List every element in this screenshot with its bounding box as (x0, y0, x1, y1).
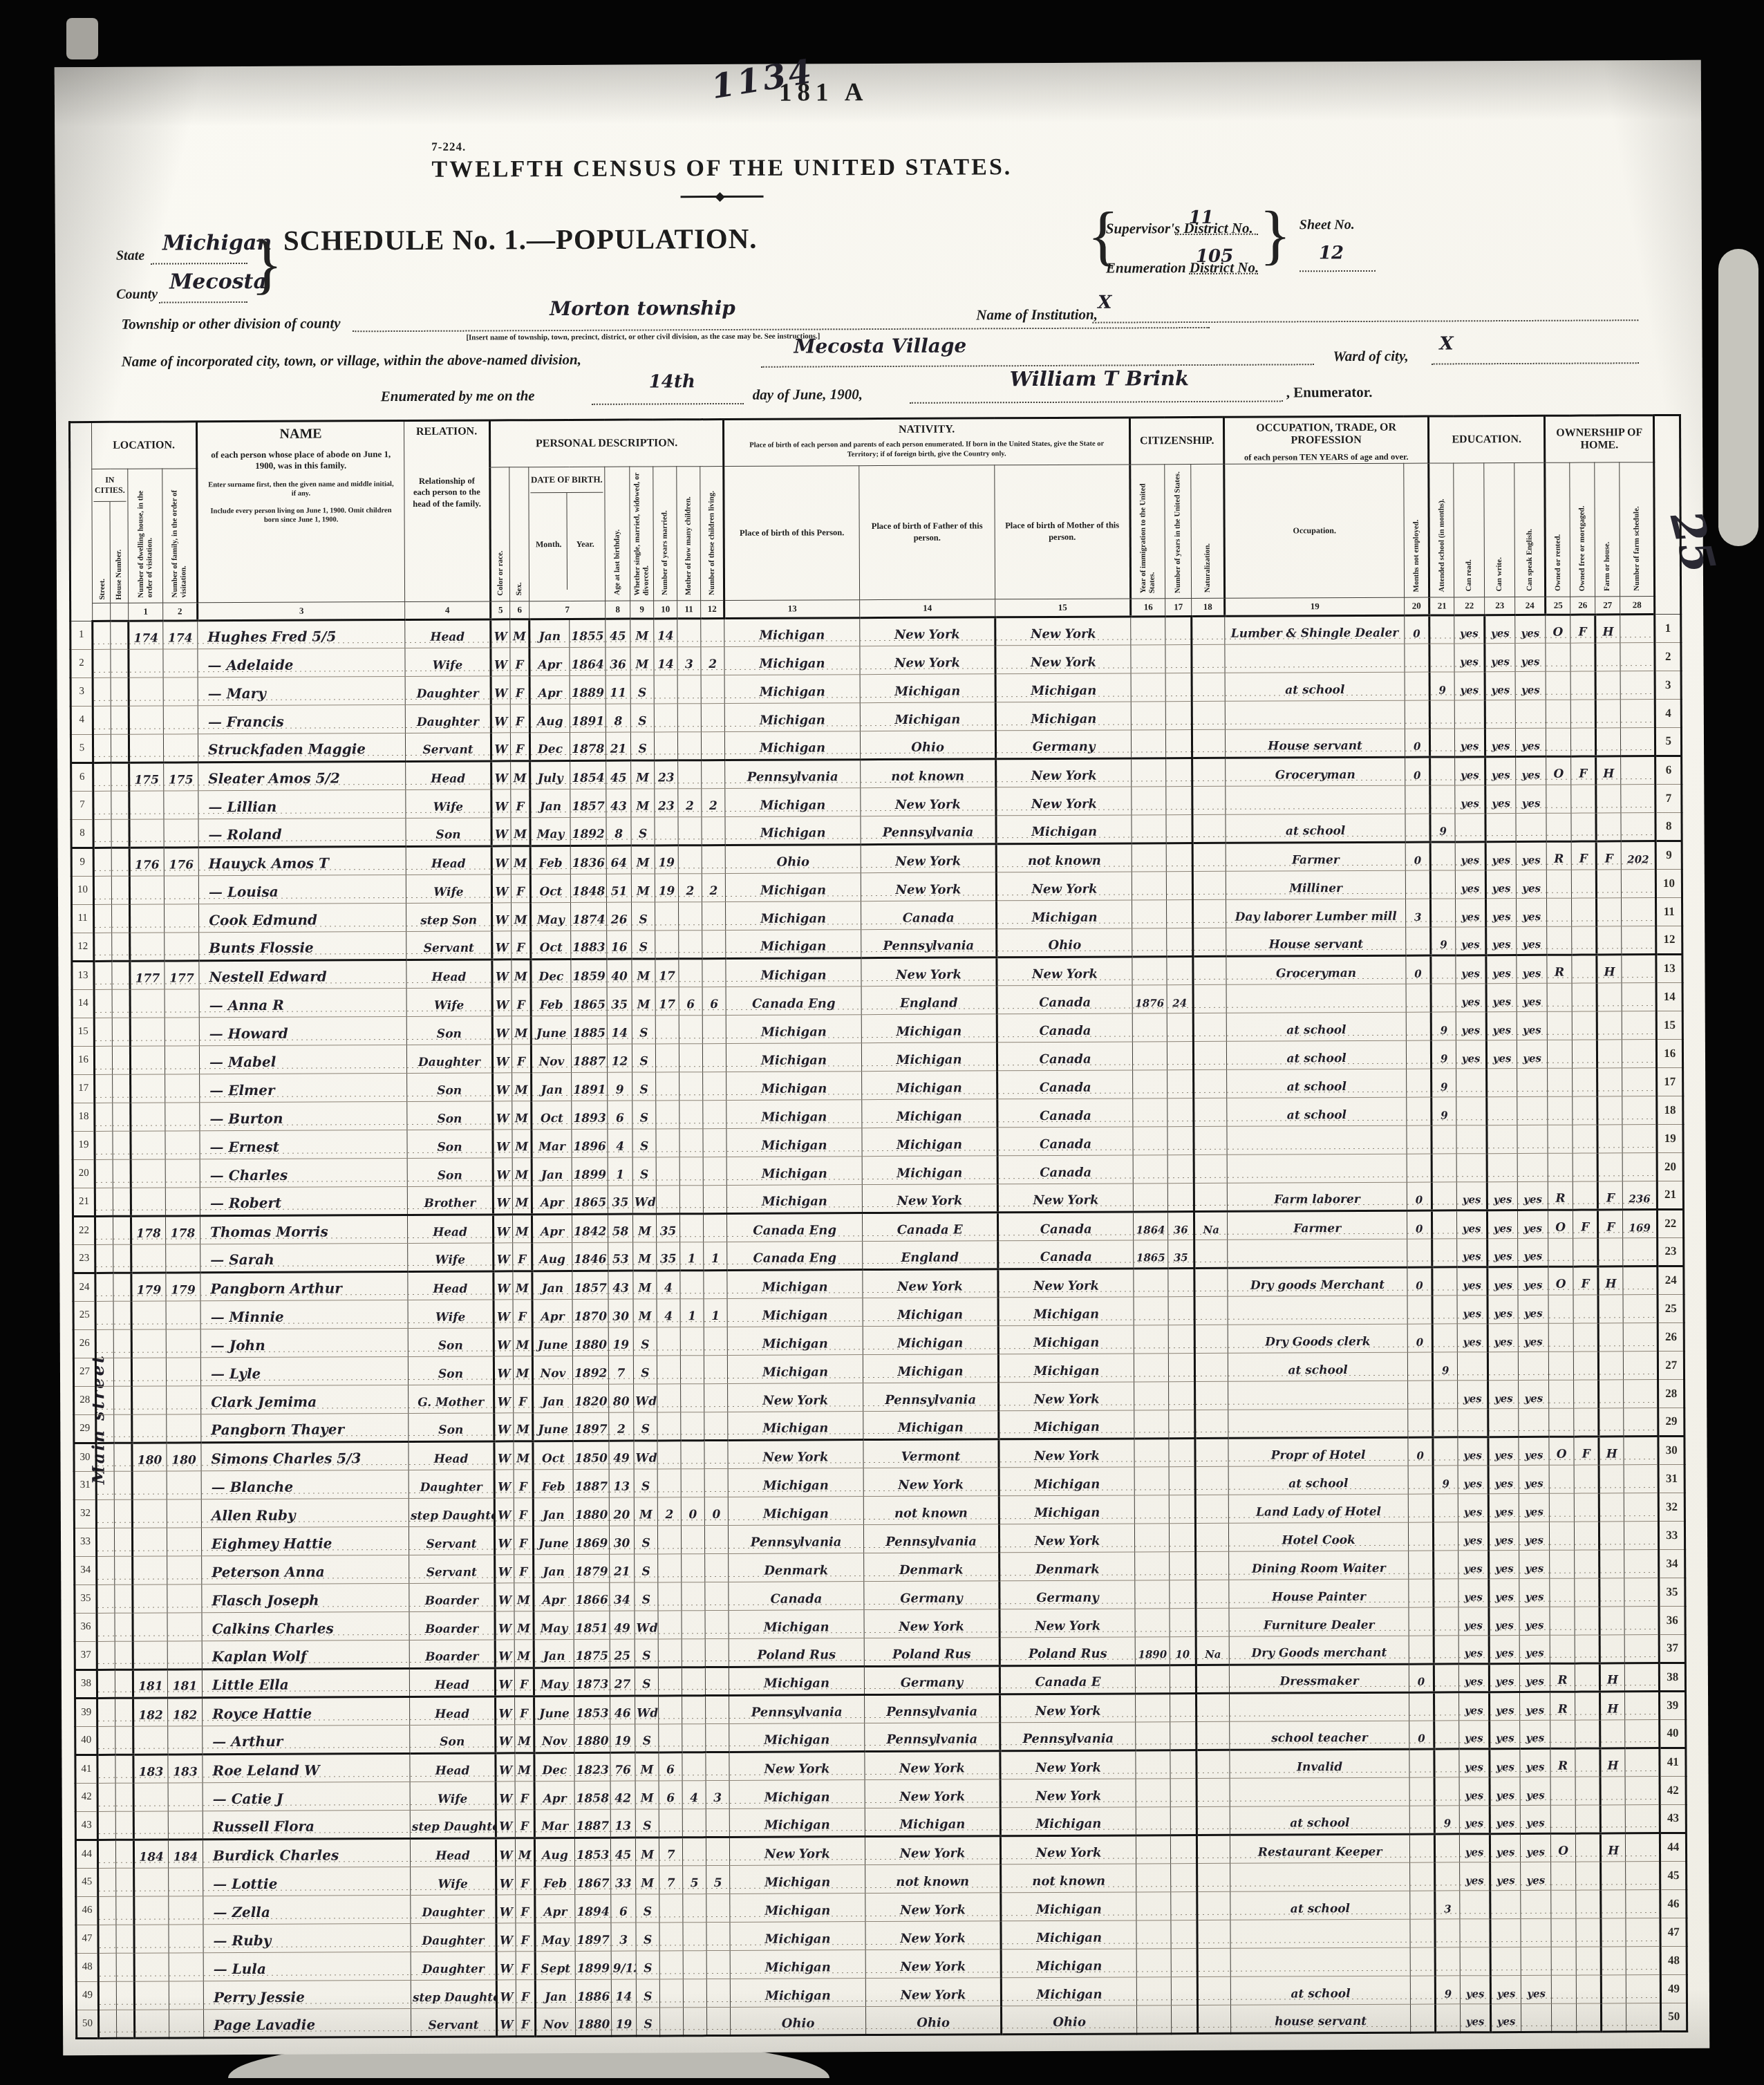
cell-immigration_year (1136, 1806, 1170, 1835)
cell-years_married (658, 1638, 682, 1667)
house-number-cell (115, 1670, 133, 1698)
cell-mother_of_children (679, 930, 702, 958)
cell-family (166, 1329, 200, 1357)
cell-owned_free_or_mortgaged (1576, 1947, 1601, 1975)
cell-years_married (657, 1468, 681, 1497)
cell-dwelling (129, 819, 164, 848)
house-number-cell (115, 1584, 133, 1613)
cell-school_months (1435, 1862, 1460, 1890)
cell-farm_or_house (1597, 1152, 1622, 1181)
cell-can_read: yes (1454, 643, 1485, 671)
cell-age: 9 (608, 1072, 632, 1101)
cell-name: — Lillian (198, 789, 406, 819)
cell-owned_free_or_mortgaged (1574, 1408, 1599, 1437)
cell-birth_month: Oct (530, 874, 570, 902)
cell-relation: Head (408, 1271, 494, 1300)
cell-can_write: yes (1490, 1720, 1520, 1748)
line-number-right: 42 (1660, 1776, 1686, 1804)
cell-school_months (1432, 1238, 1457, 1266)
line-number-right: 38 (1660, 1663, 1686, 1691)
cell-can_read: yes (1457, 1295, 1488, 1323)
cell-home_owned_or_rented (1547, 983, 1572, 1011)
cell-years_married (657, 1525, 681, 1553)
cell-owned_free_or_mortgaged (1571, 785, 1596, 813)
cell-dwelling (129, 876, 164, 904)
cell-mother_birthplace: Michigan (999, 1410, 1134, 1439)
cell-family (168, 1726, 203, 1754)
cell-family (167, 1385, 201, 1414)
cell-family (169, 1867, 203, 1896)
cell-owned_free_or_mortgaged (1573, 1153, 1597, 1181)
cell-occupation: at school (1226, 1040, 1406, 1069)
cell-home_owned_or_rented: R (1550, 1748, 1575, 1777)
line-number: 10 (71, 876, 93, 904)
cell-age: 14 (607, 1016, 632, 1044)
cell-birthplace: Michigan (727, 1269, 863, 1298)
cell-months_not_employed (1409, 1551, 1434, 1579)
cell-children_living: 2 (702, 873, 725, 901)
cell-age: 6 (611, 1894, 636, 1923)
cell-birth_month: Nov (534, 1724, 574, 1752)
line-number-right: 47 (1660, 1918, 1687, 1946)
cell-family (169, 1981, 203, 2009)
cell-color: W (494, 1242, 513, 1271)
cell-sex: M (512, 1016, 531, 1044)
cell-years_married (659, 1894, 683, 1922)
cell-can_write: yes (1489, 1550, 1519, 1578)
cell-sex: M (511, 817, 530, 845)
col-num: 24 (1515, 597, 1546, 615)
cell-father_birthplace: New York (863, 1467, 999, 1496)
cell-home_owned_or_rented (1546, 785, 1571, 813)
cell-farm_schedule_no (1624, 1351, 1658, 1379)
cell-years_in_us (1165, 673, 1192, 701)
cell-mother_of_children: 5 (683, 1865, 706, 1894)
cell-sex: F (514, 1667, 534, 1696)
house-number-cell (115, 1613, 133, 1641)
street-cell (97, 1698, 115, 1726)
cell-father_birthplace: Pennsylvania (861, 815, 996, 844)
cell-farm_or_house (1600, 1719, 1625, 1748)
cell-relation: Daughter (406, 1045, 492, 1074)
cell-birthplace: Michigan (726, 1128, 862, 1157)
house-number-header: House Number. (110, 501, 126, 602)
line-number-right: 31 (1658, 1464, 1685, 1493)
cell-name: — Elmer (200, 1073, 407, 1102)
cell-family (165, 1074, 200, 1102)
cell-children_living (703, 1185, 726, 1213)
cell-mother_birthplace: Denmark (1000, 1552, 1135, 1581)
col-num: 14 (860, 599, 995, 617)
cell-color: W (496, 1894, 516, 1923)
cell-sex: M (512, 959, 531, 987)
cell-years_married (659, 1922, 683, 1950)
cell-months_not_employed (1410, 1891, 1435, 1919)
cell-years_married: 19 (655, 873, 678, 901)
street-cell (97, 1584, 115, 1613)
cell-dwelling (131, 1301, 166, 1329)
cell-birth_month: June (533, 1526, 573, 1554)
cell-relation: Son (406, 1016, 492, 1045)
cell-years_married (654, 703, 677, 731)
cell-naturalization: Na (1196, 1636, 1229, 1665)
cell-marital_status: M (632, 959, 655, 987)
cell-naturalization (1194, 1154, 1227, 1183)
cell-months_not_employed (1407, 1097, 1432, 1125)
cell-occupation: Milliner (1226, 870, 1405, 899)
cell-birthplace: Ohio (731, 2006, 866, 2035)
line-number-right: 32 (1658, 1493, 1685, 1521)
ownership-header: OWNERSHIP OF HOME. (1545, 415, 1654, 462)
cell-immigration_year (1132, 758, 1166, 786)
cell-birth_month: Mar (532, 1129, 572, 1157)
cell-color: W (491, 675, 510, 704)
house-number-cell (115, 1811, 133, 1840)
cell-mother_of_children (682, 1695, 706, 1723)
cell-children_living (703, 1128, 726, 1157)
line-number-right: 5 (1655, 727, 1682, 756)
cell-birthplace: Michigan (725, 816, 861, 845)
col-num: 15 (995, 599, 1131, 617)
cell-marital_status: S (633, 1356, 657, 1384)
cell-farm_schedule_no (1625, 1748, 1660, 1776)
line-number: 29 (74, 1414, 96, 1443)
cell-can_speak_english: yes (1516, 841, 1546, 870)
population-schedule-table: LOCATION. NAME of each person whose plac… (68, 414, 1688, 2039)
cell-years_in_us (1166, 758, 1192, 786)
cell-birth_year: 1850 (573, 1441, 609, 1469)
cell-father_birthplace: Pennsylvania (865, 1694, 1000, 1723)
cell-naturalization (1193, 928, 1226, 956)
cell-father_birthplace: New York (865, 1892, 1001, 1921)
house-number-cell (114, 1528, 132, 1556)
cell-mother_birthplace: Pennsylvania (1000, 1722, 1136, 1751)
line-number-right: 22 (1658, 1209, 1684, 1237)
cell-family: 174 (163, 620, 198, 648)
cell-color: W (495, 1611, 514, 1639)
cell-sex: F (512, 1044, 531, 1072)
cell-can_write: yes (1488, 1323, 1518, 1352)
cell-relation: step Daughter (411, 1980, 496, 2009)
house-number-cell (115, 1641, 133, 1670)
street-cell (94, 1018, 112, 1046)
cell-school_months: 9 (1429, 672, 1454, 700)
cell-occupation (1228, 1239, 1407, 1268)
cell-naturalization (1192, 871, 1226, 899)
cell-home_owned_or_rented (1551, 1947, 1576, 1975)
cell-months_not_employed (1405, 785, 1430, 814)
line-number: 35 (75, 1584, 97, 1613)
cell-immigration_year (1135, 1580, 1170, 1608)
cell-birth_month: Apr (532, 1186, 572, 1214)
cell-immigration_year (1134, 1268, 1168, 1296)
cell-owned_free_or_mortgaged (1575, 1550, 1599, 1578)
cell-years_in_us (1169, 1438, 1195, 1466)
cell-can_read: yes (1458, 1380, 1488, 1408)
cell-immigration_year: 1865 (1134, 1240, 1168, 1268)
cell-farm_or_house (1598, 1322, 1623, 1351)
cell-can_read: yes (1458, 1550, 1489, 1578)
line-number: 48 (76, 1953, 98, 1981)
cell-owned_free_or_mortgaged: F (1573, 1266, 1598, 1295)
cell-owned_free_or_mortgaged (1575, 1805, 1600, 1833)
cell-age: 27 (610, 1667, 635, 1696)
cell-months_not_employed (1405, 644, 1429, 672)
line-number-right: 48 (1660, 1946, 1687, 1974)
cell-relation: Wife (408, 1300, 494, 1329)
cell-mother_birthplace: New York (1000, 1750, 1136, 1779)
street-cell (96, 1471, 114, 1499)
cell-family (167, 1527, 201, 1555)
cell-naturalization (1194, 1268, 1228, 1296)
cell-can_speak_english (1519, 1408, 1549, 1437)
cell-children_living (706, 1950, 730, 1979)
cell-family (167, 1414, 201, 1442)
cell-can_write: yes (1488, 1493, 1519, 1522)
cell-owned_free_or_mortgaged (1575, 1578, 1599, 1607)
cell-marital_status: M (634, 1497, 657, 1526)
cell-color: W (493, 1157, 512, 1186)
cell-occupation (1225, 644, 1405, 673)
cell-children_living (705, 1553, 729, 1582)
house-number-cell (113, 1358, 131, 1386)
cell-relation: Head (406, 761, 491, 790)
house-number-cell (114, 1471, 132, 1499)
cell-can_read: yes (1455, 870, 1485, 898)
cell-mother_birthplace: Canada (997, 985, 1132, 1014)
cell-marital_status: M (633, 1299, 657, 1327)
line-number: 1 (71, 621, 93, 649)
cell-birthplace: Michigan (727, 1354, 863, 1383)
family-number-header: Number of family, in the order of visita… (162, 468, 198, 602)
cell-school_months (1434, 1748, 1459, 1777)
cell-school_months (1436, 2003, 1461, 2032)
cell-farm_or_house: H (1597, 954, 1622, 982)
cell-home_owned_or_rented (1550, 1635, 1575, 1663)
cell-years_married (655, 1043, 679, 1072)
cell-marital_status: S (635, 1554, 658, 1582)
cell-name: — Louisa (198, 875, 406, 904)
cell-years_married (655, 930, 679, 958)
cell-birth_month: Mar (534, 1809, 574, 1838)
cell-sex: M (512, 1072, 532, 1101)
cell-farm_schedule_no (1626, 1833, 1660, 1861)
cell-home_owned_or_rented: R (1546, 841, 1571, 870)
cell-owned_free_or_mortgaged (1575, 1692, 1600, 1720)
line-number-right: 25 (1658, 1294, 1684, 1322)
cell-marital_status: M (632, 987, 655, 1016)
cell-name: Pangborn Thayer (201, 1413, 409, 1442)
cell-mother_birthplace: New York (999, 1524, 1134, 1553)
cell-can_read: yes (1461, 2003, 1491, 2032)
street-cell (93, 734, 111, 763)
cell-relation: Wife (405, 648, 491, 677)
cell-naturalization (1194, 1183, 1227, 1211)
cell-immigration_year (1131, 616, 1165, 644)
house-number-cell (115, 1755, 133, 1783)
state-label: State (116, 248, 144, 264)
cell-relation: Wife (406, 988, 492, 1017)
cell-mother_of_children: 2 (678, 788, 702, 816)
cell-age: 64 (606, 845, 631, 874)
cell-farm_schedule_no: 202 (1621, 841, 1655, 869)
cell-birthplace: Canada Eng (727, 1213, 863, 1242)
cell-home_owned_or_rented (1551, 1890, 1576, 1918)
fill-line (1432, 362, 1639, 364)
cell-birthplace: Michigan (729, 1723, 865, 1752)
cell-age: 40 (607, 959, 632, 987)
relation-desc: Relationship of each person to the head … (410, 476, 483, 509)
cell-dwelling (129, 791, 164, 819)
cell-home_owned_or_rented: O (1546, 615, 1570, 643)
cell-family (167, 1584, 202, 1612)
cell-family (165, 1017, 199, 1045)
cell-occupation (1230, 1692, 1409, 1721)
cell-owned_free_or_mortgaged (1572, 983, 1597, 1011)
cell-can_read: yes (1455, 756, 1485, 785)
cell-dwelling (130, 933, 165, 961)
cell-children_living (703, 1157, 726, 1185)
cell-name: Flasch Joseph (202, 1583, 409, 1612)
cell-naturalization (1195, 1438, 1228, 1466)
cell-family (165, 989, 199, 1017)
cell-age: 42 (610, 1781, 635, 1809)
cell-sex: F (515, 1696, 534, 1724)
cell-can_read: yes (1459, 1805, 1490, 1833)
cell-family (165, 1045, 199, 1074)
cell-mother_of_children: 2 (678, 873, 702, 901)
cell-years_married (659, 1808, 682, 1837)
cell-dwelling (134, 1868, 169, 1896)
cell-mother_of_children (678, 816, 702, 845)
cell-school_months (1433, 1408, 1458, 1437)
line-number: 47 (76, 1925, 98, 1953)
cell-mother_of_children (679, 1015, 702, 1043)
cell-age: 13 (609, 1469, 634, 1497)
house-number-cell (111, 876, 129, 904)
cell-farm_or_house (1601, 1974, 1626, 2003)
cell-farm_or_house (1599, 1521, 1624, 1549)
cell-farm_schedule_no (1622, 1067, 1657, 1096)
cell-color: W (494, 1271, 513, 1299)
cell-marital_status: S (636, 2008, 659, 2036)
cell-immigration_year (1131, 729, 1165, 758)
naturalization-header: Naturalization. (1191, 464, 1225, 598)
cell-mother_birthplace: not known (1001, 1864, 1136, 1893)
fill-line (1189, 273, 1258, 274)
cell-children_living (702, 816, 725, 845)
cell-name: Burdick Charles (203, 1838, 410, 1867)
cell-children_living (706, 1837, 729, 1865)
street-cell (95, 1244, 113, 1273)
cell-home_owned_or_rented (1546, 813, 1571, 841)
cell-can_read: yes (1454, 615, 1485, 643)
cell-farm_schedule_no (1625, 1776, 1660, 1804)
street-cell (98, 1953, 116, 1981)
cell-years_married (658, 1582, 682, 1610)
line-number-right: 33 (1659, 1521, 1685, 1549)
cell-home_owned_or_rented (1546, 870, 1571, 898)
cell-farm_or_house (1599, 1549, 1624, 1578)
cell-school_months (1433, 1437, 1458, 1465)
cell-years_married (654, 675, 677, 703)
cell-relation: Servant (406, 931, 492, 960)
cell-family (165, 1187, 200, 1215)
cell-family (165, 1159, 200, 1187)
cell-can_read: yes (1458, 1635, 1489, 1663)
occupation-sub-header: Occupation. (1224, 463, 1405, 598)
cell-years_married (654, 731, 677, 760)
cell-birth_month: Feb (530, 845, 570, 874)
cell-immigration_year (1133, 1069, 1167, 1098)
line-number: 36 (75, 1613, 97, 1641)
line-number: 7 (71, 791, 93, 819)
cell-age: 26 (607, 902, 632, 931)
enumerator-name: William T Brink (1010, 366, 1190, 391)
cell-age: 46 (610, 1696, 635, 1724)
cell-naturalization (1197, 1835, 1230, 1863)
cell-naturalization (1195, 1410, 1228, 1438)
cell-owned_free_or_mortgaged (1576, 1918, 1601, 1947)
cell-home_owned_or_rented (1551, 1862, 1576, 1890)
cell-marital_status: M (631, 789, 655, 817)
cell-can_speak_english: yes (1517, 926, 1547, 955)
street-cell (97, 1726, 115, 1755)
cell-can_speak_english: yes (1520, 1720, 1550, 1748)
cell-occupation: Hotel Cook (1229, 1522, 1409, 1551)
cell-years_in_us: 24 (1167, 984, 1193, 1013)
cell-school_months (1432, 1266, 1457, 1295)
cell-birth_year: 1878 (570, 732, 606, 760)
cell-can_speak_english: yes (1519, 1493, 1549, 1522)
line-number: 21 (73, 1188, 95, 1216)
cell-can_write: yes (1488, 1437, 1519, 1465)
education-header: EDUCATION. (1429, 415, 1545, 462)
cell-color: W (496, 1951, 516, 1979)
cell-mother_birthplace: Michigan (997, 900, 1132, 929)
cell-can_write: yes (1489, 1635, 1519, 1663)
cell-can_speak_english (1521, 1918, 1551, 1947)
cell-sex: F (512, 987, 531, 1016)
cell-dwelling (133, 1811, 168, 1840)
cell-dwelling (133, 1556, 167, 1584)
cell-occupation (1228, 1381, 1408, 1410)
cell-can_speak_english (1517, 1068, 1548, 1096)
enumerator-label: , Enumerator. (1286, 384, 1373, 402)
cell-dwelling (131, 1159, 165, 1188)
street-cell (96, 1443, 114, 1471)
cell-school_months (1430, 870, 1455, 899)
cell-home_owned_or_rented (1546, 671, 1570, 700)
cell-birth_month: May (535, 1923, 575, 1951)
cell-owned_free_or_mortgaged (1575, 1607, 1599, 1635)
line-number-right: 12 (1656, 926, 1682, 954)
cell-occupation: school teacher (1230, 1721, 1409, 1750)
cell-owned_free_or_mortgaged (1570, 643, 1595, 671)
cell-occupation (1226, 984, 1406, 1013)
cell-naturalization (1193, 1041, 1226, 1069)
cell-children_living (706, 1894, 730, 1922)
line-number-right: 19 (1657, 1124, 1683, 1152)
cell-marital_status: M (630, 619, 654, 647)
cell-immigration_year (1136, 1835, 1170, 1863)
cell-family (166, 1357, 200, 1385)
cell-occupation: Groceryman (1226, 955, 1406, 984)
cell-family (168, 1811, 203, 1839)
cell-name: Bunts Flossie (199, 931, 406, 960)
cell-birth_year: 1879 (574, 1554, 610, 1582)
cell-name: — Catie J (203, 1782, 410, 1811)
